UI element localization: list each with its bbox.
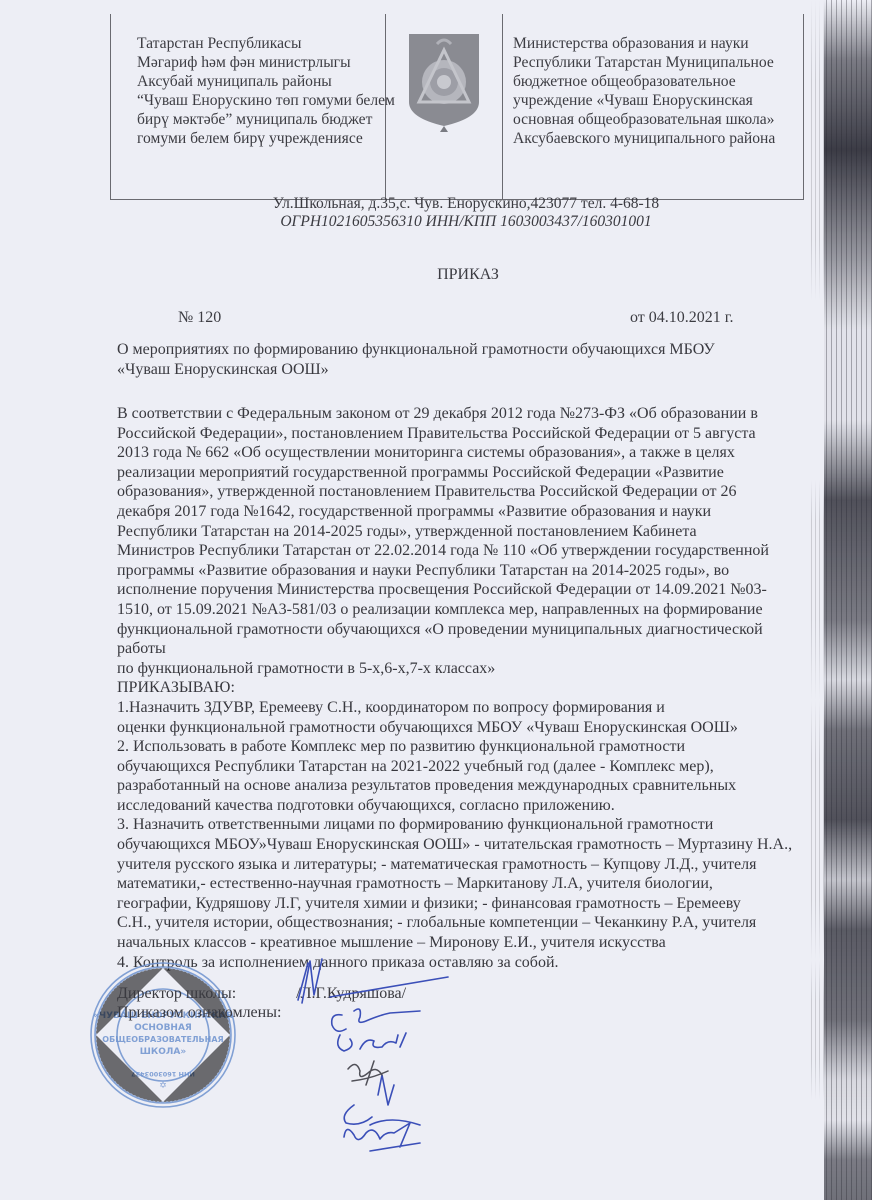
- letterhead-russian-line: Министерства образования и науки: [513, 34, 803, 53]
- order-item-3: математики,- естественно-научная грамотн…: [117, 874, 807, 894]
- order-item-1: 1.Назначить ЗДУВР, Еремееву С.Н., коорди…: [117, 698, 807, 718]
- body-line: В соответствии с Федеральным законом от …: [117, 404, 807, 424]
- letterhead-emblem-cell: [386, 14, 503, 199]
- scan-edge-noise: [824, 0, 872, 1200]
- body-line: программы «Развитие образования и науки …: [117, 561, 807, 581]
- body-line: 2013 года № 662 «Об осуществлении монито…: [117, 443, 807, 463]
- body-line: Российской Федерации», постановлением Пр…: [117, 424, 807, 444]
- stamp-inn: ИНН 1603003437: [131, 1070, 195, 1078]
- letterhead-russian-line: бюджетное общеобразовательное: [513, 72, 803, 91]
- order-subject-line: «Чуваш Енорускинская ООШ»: [117, 360, 715, 380]
- letterhead-russian: Министерства образования и науки Республ…: [503, 14, 803, 199]
- body-line: функциональной грамотности обучающихся «…: [117, 620, 807, 640]
- order-item-2: исследований качества подготовки обучающ…: [117, 796, 807, 816]
- order-item-2: 2. Использовать в работе Комплекс мер по…: [117, 737, 807, 757]
- school-address: Ул.Школьная, д.35,с. Чув. Енорускино,423…: [0, 195, 872, 213]
- acquainted-label: Приказом ознакомлены:: [117, 1004, 281, 1021]
- order-subject-line: О мероприятиях по формированию функциона…: [117, 340, 715, 360]
- body-line: по функциональной грамотности в 5-х,6-х,…: [117, 659, 807, 679]
- body-line: образования», утвержденной постановление…: [117, 482, 807, 502]
- letterhead-tatar-line: Татарстан Республикасы: [137, 34, 385, 53]
- school-address-block: Ул.Школьная, д.35,с. Чув. Енорускино,423…: [0, 195, 872, 231]
- order-item-3: С.Н., учителя истории, обществознания; -…: [117, 913, 807, 933]
- order-body: В соответствии с Федеральным законом от …: [117, 404, 807, 972]
- acquainted-line: Приказом ознакомлены:: [117, 1004, 281, 1022]
- order-number: № 120: [178, 309, 221, 327]
- scanned-order-document: Татарстан Республикасы Мәгариф һәм фән м…: [0, 0, 872, 1200]
- order-directive-heading: ПРИКАЗЫВАЮ:: [117, 678, 807, 698]
- order-item-3: обучающихся МБОУ»Чуваш Енорускинская ООШ…: [117, 835, 807, 855]
- stamp-text: ОБЩЕОБРАЗОВАТЕЛЬНАЯ: [102, 1035, 223, 1044]
- body-line: работы: [117, 639, 807, 659]
- body-line: 1510, от 15.09.2021 №А3-581/03 о реализа…: [117, 600, 807, 620]
- handwritten-signatures-icon: [270, 955, 470, 1155]
- body-line: Министров Республики Татарстан от 22.02.…: [117, 541, 807, 561]
- letterhead-tatar-line: Аксубай муниципаль районы: [137, 72, 385, 91]
- coat-of-arms-icon: [407, 32, 481, 132]
- director-label: Директор школы:: [117, 985, 236, 1002]
- order-item-3: учителя русского языка и литературы; - м…: [117, 855, 807, 875]
- order-date: от 04.10.2021 г.: [630, 309, 734, 327]
- order-item-3: начальных классов - креативное мышление …: [117, 933, 807, 953]
- letterhead-tatar-line: гомуми белем бирү учреждениясе: [137, 129, 385, 148]
- document-title: ПРИКАЗ: [0, 266, 872, 284]
- letterhead-table: Татарстан Республикасы Мәгариф һәм фән м…: [110, 14, 804, 200]
- body-line: декабря 2017 года №1642, государственной…: [117, 502, 807, 522]
- order-item-2: обучающихся Республики Татарстан на 2021…: [117, 757, 807, 777]
- letterhead-russian-line: основная общеобразовательная школа»: [513, 110, 803, 129]
- order-subject: О мероприятиях по формированию функциона…: [117, 340, 715, 380]
- letterhead-tatar-line: Мәгариф һәм фән министрлыгы: [137, 53, 385, 72]
- letterhead-tatar-line: бирү мәктәбе” муниципаль бюджет: [137, 110, 385, 129]
- letterhead-russian-line: Республики Татарстан Муниципальное: [513, 53, 803, 72]
- school-seal-stamp-icon: «ЧУВАШ ЕНОРУСКИНСКАЯ ОСНОВНАЯ ОБЩЕОБРАЗО…: [88, 960, 238, 1110]
- stamp-text: ШКОЛА»: [140, 1047, 187, 1057]
- school-registration-numbers: ОГРН1021605356310 ИНН/КПП 1603003437/160…: [0, 213, 872, 231]
- body-line: реализации мероприятий государственной п…: [117, 463, 807, 483]
- svg-text:✡: ✡: [159, 1080, 167, 1090]
- order-item-2: разработанный на основе анализа результа…: [117, 776, 807, 796]
- letterhead-russian-line: Аксубаевского муниципального района: [513, 129, 803, 148]
- letterhead-tatar-line: “Чуваш Енорускино төп гомуми белем: [137, 91, 385, 110]
- order-item-3: географии, Кудряшову Л.Г, учителя химии …: [117, 894, 807, 914]
- body-line: Республики Татарстан на 2014-2025 годы»,…: [117, 522, 807, 542]
- letterhead-tatar: Татарстан Республикасы Мәгариф һәм фән м…: [111, 14, 386, 199]
- body-line: исполнение поручения Министерства просве…: [117, 580, 807, 600]
- scan-edge-noise: [808, 0, 824, 1200]
- letterhead-russian-line: учреждение «Чуваш Енорускинская: [513, 91, 803, 110]
- stamp-text: ОСНОВНАЯ: [134, 1023, 192, 1033]
- order-item-3: 3. Назначить ответственными лицами по фо…: [117, 815, 807, 835]
- order-item-1: оценки функциональной грамотности обучаю…: [117, 718, 807, 738]
